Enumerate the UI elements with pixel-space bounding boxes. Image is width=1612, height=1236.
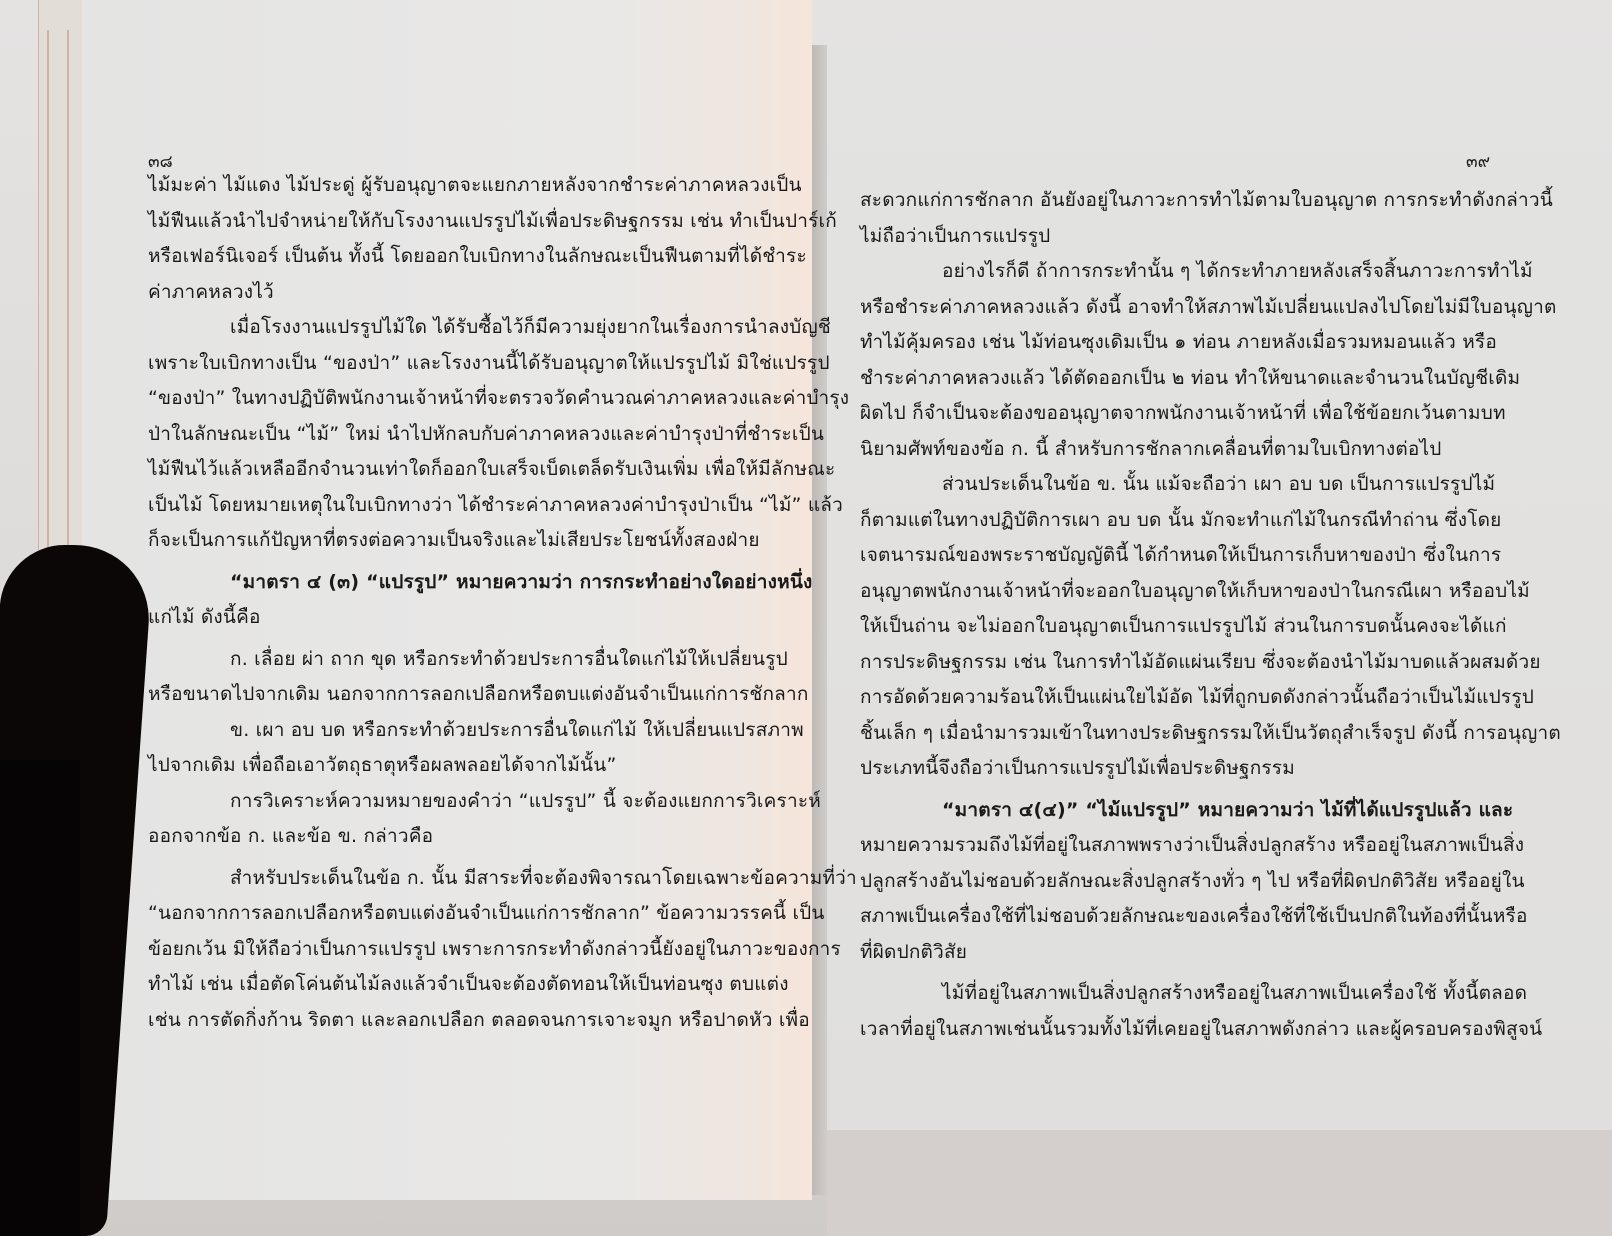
text-line: ไปจากเดิม เพื่อถือเอาวัตถุธาตุหรือผลพลอย… [148,748,798,784]
text-line: ก็ตามแต่ในทางปฏิบัติการเผา อบ บด นั้น มั… [860,503,1500,539]
text-line: ก็จะเป็นการแก้ปัญหาที่ตรงต่อความเป็นจริง… [148,523,798,559]
text-line: เพราะใบเบิกทางเป็น “ของป่า” และโรงงานนี้… [148,346,798,382]
text-line: “ของป่า” ในทางปฏิบัติพนักงานเจ้าหน้าที่จ… [148,381,798,417]
text-line: ไม้มะค่า ไม้แดง ไม้ประดู่ ผู้รับอนุญาตจะ… [148,168,798,204]
text-line: ชิ้นเล็ก ๆ เมื่อนำมารวมเข้าในทางประดิษฐก… [860,716,1500,752]
text-line: ข. เผา อบ บด หรือกระทำด้วยประการอื่นใดแก… [148,713,798,749]
text-line: ออกจากข้อ ก. และข้อ ข. กล่าวคือ [148,819,798,855]
text-line: แก่ไม้ ดังนี้คือ [148,600,798,636]
text-line: สำหรับประเด็นในข้อ ก. นั้น มีสาระที่จะต้… [148,861,798,897]
text-line: ป่าในลักษณะเป็น “ไม้” ใหม่ นำไปหักลบกับค… [148,417,798,453]
text-line: หรือชำระค่าภาคหลวงแล้ว ดังนี้ อาจทำให้สภ… [860,290,1500,326]
right-page-number: ๓๙ [1466,148,1490,175]
statute-heading: “มาตรา ๔(๔)” “ไม้แปรรูป” หมายความว่า ไม้… [860,793,1500,829]
text-line: “นอกจากการลอกเปลือกหรือตบแต่งอันจำเป็นแก… [148,896,798,932]
text-line: ประเภทนี้จึงถือว่าเป็นการแปรรูปไม้เพื่อป… [860,751,1500,787]
text-line: เจตนารมณ์ของพระราชบัญญัตินี้ ได้กำหนดให้… [860,538,1500,574]
text-line: ผิดไป ก็จำเป็นจะต้องขออนุญาตจากพนักงานเจ… [860,396,1500,432]
text-line: การวิเคราะห์ความหมายของคำว่า “แปรรูป” นี… [148,784,798,820]
text-line: การประดิษฐกรรม เช่น ในการทำไม้อัดแผ่นเรี… [860,645,1500,681]
text-line: นิยามศัพท์ของข้อ ก. นี้ สำหรับการชักลากเ… [860,432,1500,468]
text-line: ปลูกสร้างอันไม่ชอบด้วยลักษณะสิ่งปลูกสร้า… [860,864,1500,900]
left-page-body: ไม้มะค่า ไม้แดง ไม้ประดู่ ผู้รับอนุญาตจะ… [148,168,798,1038]
text-line: การอัดด้วยความร้อนให้เป็นแผ่นใยไม้อัด ไม… [860,680,1500,716]
text-line: หรือเฟอร์นิเจอร์ เป็นต้น ทั้งนี้ โดยออกใ… [148,239,798,275]
text-line: ไม้ที่อยู่ในสภาพเป็นสิ่งปลูกสร้างหรืออยู… [860,976,1500,1012]
text-line: ทำไม้คุ้มครอง เช่น ไม้ท่อนซุงเดิมเป็น ๑ … [860,325,1500,361]
text-line: เมื่อโรงงานแปรรูปไม้ใด ได้รับซื้อไว้ก็มี… [148,310,798,346]
text-line: ค่าภาคหลวงไว้ [148,275,798,311]
book-photo: ๓๘ ๓๙ ไม้มะค่า ไม้แดง ไม้ประดู่ ผู้รับอน… [0,0,1612,1236]
text-line: ไม่ถือว่าเป็นการแปรรูป [860,219,1500,255]
statute-heading: “มาตรา ๔ (๓) “แปรรูป” หมายความว่า การกระ… [148,565,798,601]
text-line: เวลาที่อยู่ในสภาพเช่นนั้นรวมทั้งไม้ที่เค… [860,1012,1500,1048]
text-line: ส่วนประเด็นในข้อ ข. นั้น แม้จะถือว่า เผา… [860,467,1500,503]
text-line: ทำไม้ เช่น เมื่อตัดโค่นต้นไม้ลงแล้วจำเป็… [148,967,798,1003]
text-line: ไม้ฟืนแล้วนำไปจำหน่ายให้กับโรงงานแปรรูปไ… [148,204,798,240]
text-line: เช่น การตัดกิ่งก้าน ริดตา และลอกเปลือก ต… [148,1003,798,1039]
text-line: อนุญาตพนักงานเจ้าหน้าที่จะออกใบอนุญาตให้… [860,574,1500,610]
text-line: หมายความรวมถึงไม้ที่อยู่ในสภาพพรางว่าเป็… [860,828,1500,864]
text-line: ให้เป็นถ่าน จะไม่ออกใบอนุญาตเป็นการแปรรู… [860,609,1500,645]
text-line: อย่างไรก็ดี ถ้าการกระทำนั้น ๆ ได้กระทำภา… [860,254,1500,290]
finger-shadow [0,760,80,1236]
text-line: ข้อยกเว้น มิให้ถือว่าเป็นการแปรรูป เพราะ… [148,932,798,968]
text-line: ไม้ฟืนไว้แล้วเหลืออีกจำนวนเท่าใดก็ออกใบเ… [148,452,798,488]
text-line: สะดวกแก่การชักลาก อันยังอยู่ในภาวะการทำไ… [860,183,1500,219]
text-line: ก. เลื่อย ผ่า ถาก ขุด หรือกระทำด้วยประกา… [148,642,798,678]
text-line: ที่ผิดปกติวิสัย [860,935,1500,971]
text-line: หรือขนาดไปจากเดิม นอกจากการลอกเปลือกหรือ… [148,677,798,713]
text-line: ชำระค่าภาคหลวงแล้ว ได้ตัดออกเป็น ๒ ท่อน … [860,361,1500,397]
right-page-body: สะดวกแก่การชักลาก อันยังอยู่ในภาวะการทำไ… [860,183,1500,1047]
text-line: เป็นไม้ โดยหมายเหตุในใบเบิกทางว่า ได้ชำร… [148,488,798,524]
table-surface [827,1130,1612,1236]
text-line: สภาพเป็นเครื่องใช้ที่ไม่ชอบด้วยลักษณะของ… [860,899,1500,935]
